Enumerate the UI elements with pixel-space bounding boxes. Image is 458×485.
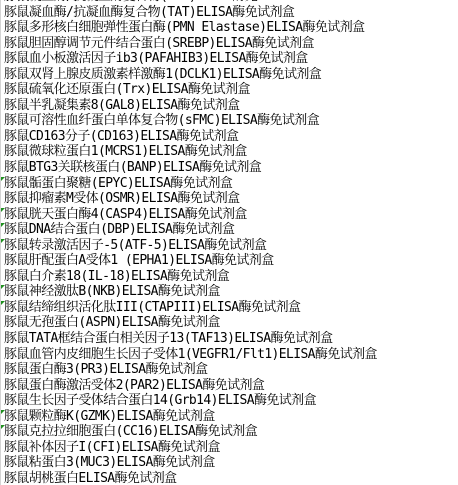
- error-indicator-icon[interactable]: [1, 239, 5, 243]
- cell-text: 豚鼠BTG3关联核蛋白(BANP)ELISA酶免试剂盒: [4, 160, 261, 175]
- cell-row-30[interactable]: 豚鼠粘蛋白3(MUC3)ELISA酶免试剂盒: [0, 455, 458, 471]
- cell-row-12[interactable]: 豚鼠骺蛋白聚糖(EPYC)ELISA酶免试剂盒: [0, 176, 458, 192]
- cell-row-14[interactable]: 豚鼠胱天蛋白酶4(CASP4)ELISA酶免试剂盒: [0, 207, 458, 223]
- cell-text: 豚鼠神经激肽B(NKB)ELISA酶免试剂盒: [4, 284, 220, 299]
- cell-text: 豚鼠凝血酶/抗凝血酶复合物(TAT)ELISA酶免试剂盒: [4, 5, 294, 20]
- cell-row-21[interactable]: 豚鼠无孢蛋白(ASPN)ELISA酶免试剂盒: [0, 315, 458, 331]
- spreadsheet-column: 豚鼠凝血酶/抗凝血酶复合物(TAT)ELISA酶免 豚鼠凝血酶/抗凝血酶复合物(…: [0, 0, 458, 485]
- cell-row-2[interactable]: 豚鼠多形核白细胞弹性蛋白酶(PMN Elastase)ELISA酶免试剂盒: [0, 20, 458, 36]
- cell-text: 豚鼠蛋白酶激活受体2(PAR2)ELISA酶免试剂盒: [4, 378, 264, 393]
- cell-row-15[interactable]: 豚鼠DNA结合蛋白(DBP)ELISA酶免试剂盒: [0, 222, 458, 238]
- cell-row-19[interactable]: 豚鼠神经激肽B(NKB)ELISA酶免试剂盒: [0, 284, 458, 300]
- cell-row-27[interactable]: 豚鼠颗粒酶K(GZMK)ELISA酶免试剂盒: [0, 409, 458, 425]
- cell-text: 豚鼠CD163分子(CD163)ELISA酶免试剂盒: [4, 129, 238, 144]
- cell-row-29[interactable]: 豚鼠补体因子I(CFI)ELISA酶免试剂盒: [0, 440, 458, 456]
- cell-row-31[interactable]: 豚鼠胡桃蛋白ELISA酶免试剂盒: [0, 471, 458, 485]
- cell-text: 豚鼠生长因子受体结合蛋白14(Grb14)ELISA酶免试剂盒: [4, 393, 316, 408]
- cell-text: 豚鼠肝配蛋白A受体1 (EPHA1)ELISA酶免试剂盒: [4, 253, 274, 268]
- cell-text: 豚鼠补体因子I(CFI)ELISA酶免试剂盒: [4, 440, 220, 455]
- cell-row-6[interactable]: 豚鼠硫氧化还原蛋白(Trx)ELISA酶免试剂盒: [0, 82, 458, 98]
- cell-row-13[interactable]: 豚鼠抑瘤素M受体(OSMR)ELISA酶免试剂盒: [0, 191, 458, 207]
- cell-text: 豚鼠蛋白酶3(PR3)ELISA酶免试剂盒: [4, 362, 208, 377]
- cell-text: 豚鼠血小板激活因子ib3(PAFAHIB3)ELISA酶免试剂盒: [4, 51, 308, 66]
- cell-text: 豚鼠胆固醇调节元件结合蛋白(SREBP)ELISA酶免试剂盒: [4, 36, 314, 51]
- cell-row-10[interactable]: 豚鼠微球粒蛋白1(MCRS1)ELISA酶免试剂盒: [0, 144, 458, 160]
- cell-row-9[interactable]: 豚鼠CD163分子(CD163)ELISA酶免试剂盒: [0, 129, 458, 145]
- cell-text: 豚鼠白介素18(IL-18)ELISA酶免试剂盒: [4, 269, 229, 284]
- cell-row-7[interactable]: 豚鼠半乳凝集素8(GAL8)ELISA酶免试剂盒: [0, 98, 458, 114]
- cell-text: 豚鼠克拉拉细胞蛋白(CC16)ELISA酶免试剂盒: [4, 424, 257, 439]
- cell-row-28[interactable]: 豚鼠克拉拉细胞蛋白(CC16)ELISA酶免试剂盒: [0, 424, 458, 440]
- cell-row-16[interactable]: 豚鼠转录激活因子-5(ATF-5)ELISA酶免试剂盒: [0, 238, 458, 254]
- cell-text: 豚鼠结缔组织活化肽III(CTAPIII)ELISA酶免试剂盒: [4, 300, 300, 315]
- cell-text: 豚鼠多形核白细胞弹性蛋白酶(PMN Elastase)ELISA酶免试剂盒: [4, 20, 365, 35]
- cell-text: 豚鼠粘蛋白3(MUC3)ELISA酶免试剂盒: [4, 455, 215, 470]
- cell-text: 豚鼠抑瘤素M受体(OSMR)ELISA酶免试剂盒: [4, 191, 240, 206]
- cell-text: 豚鼠骺蛋白聚糖(EPYC)ELISA酶免试剂盒: [4, 176, 232, 191]
- cell-row-5[interactable]: 豚鼠双肾上腺皮质激素样激酶1(DCLK1)ELISA酶免试剂盒: [0, 67, 458, 83]
- error-indicator-icon[interactable]: [1, 223, 5, 227]
- cell-row-11[interactable]: 豚鼠BTG3关联核蛋白(BANP)ELISA酶免试剂盒: [0, 160, 458, 176]
- error-indicator-icon[interactable]: [1, 301, 5, 305]
- error-indicator-icon[interactable]: [1, 177, 5, 181]
- cell-text: 豚鼠半乳凝集素8(GAL8)ELISA酶免试剂盒: [4, 98, 240, 113]
- cell-text: 豚鼠双肾上腺皮质激素样激酶1(DCLK1)ELISA酶免试剂盒: [4, 67, 321, 82]
- cell-text: 豚鼠硫氧化还原蛋白(Trx)ELISA酶免试剂盒: [4, 82, 250, 97]
- cell-row-8[interactable]: 豚鼠可溶性血纤蛋白单体复合物(sFMC)ELISA酶免试剂盒: [0, 113, 458, 129]
- cell-row-20[interactable]: 豚鼠结缔组织活化肽III(CTAPIII)ELISA酶免试剂盒: [0, 300, 458, 316]
- cell-row-25[interactable]: 豚鼠蛋白酶激活受体2(PAR2)ELISA酶免试剂盒: [0, 378, 458, 394]
- cell-row-1[interactable]: 豚鼠凝血酶/抗凝血酶复合物(TAT)ELISA酶免试剂盒: [0, 5, 458, 21]
- cell-text: 豚鼠颗粒酶K(GZMK)ELISA酶免试剂盒: [4, 409, 215, 424]
- error-indicator-icon[interactable]: [1, 410, 5, 414]
- error-indicator-icon[interactable]: [1, 285, 5, 289]
- cell-text: 豚鼠无孢蛋白(ASPN)ELISA酶免试剂盒: [4, 315, 220, 330]
- error-indicator-icon[interactable]: [1, 208, 5, 212]
- cell-row-22[interactable]: 豚鼠TATA框结合蛋白相关因子13(TAF13)ELISA酶免试剂盒: [0, 331, 458, 347]
- cell-text: 豚鼠血管内皮细胞生长因子受体1(VEGFR1/Flt1)ELISA酶免试剂盒: [4, 347, 377, 362]
- cell-text: 豚鼠转录激活因子-5(ATF-5)ELISA酶免试剂盒: [4, 238, 266, 253]
- cell-text: 豚鼠胱天蛋白酶4(CASP4)ELISA酶免试剂盒: [4, 207, 247, 222]
- cell-row-23[interactable]: 豚鼠血管内皮细胞生长因子受体1(VEGFR1/Flt1)ELISA酶免试剂盒: [0, 347, 458, 363]
- cell-row-24[interactable]: 豚鼠蛋白酶3(PR3)ELISA酶免试剂盒: [0, 362, 458, 378]
- cell-text: 豚鼠凝血酶/抗凝血酶复合物(TAT)ELISA酶免: [4, 0, 257, 4]
- cell-text: 豚鼠微球粒蛋白1(MCRS1)ELISA酶免试剂盒: [4, 144, 247, 159]
- error-indicator-icon[interactable]: [1, 425, 5, 429]
- cell-text: 豚鼠DNA结合蛋白(DBP)ELISA酶免试剂盒: [4, 222, 234, 237]
- cell-row-17[interactable]: 豚鼠肝配蛋白A受体1 (EPHA1)ELISA酶免试剂盒: [0, 253, 458, 269]
- cell-text: 豚鼠可溶性血纤蛋白单体复合物(sFMC)ELISA酶免试剂盒: [4, 113, 319, 128]
- cell-row-4[interactable]: 豚鼠血小板激活因子ib3(PAFAHIB3)ELISA酶免试剂盒: [0, 51, 458, 67]
- cell-text: 豚鼠TATA框结合蛋白相关因子13(TAF13)ELISA酶免试剂盒: [4, 331, 332, 346]
- cell-row-18[interactable]: 豚鼠白介素18(IL-18)ELISA酶免试剂盒: [0, 269, 458, 285]
- cell-row-26[interactable]: 豚鼠生长因子受体结合蛋白14(Grb14)ELISA酶免试剂盒: [0, 393, 458, 409]
- cell-text: 豚鼠胡桃蛋白ELISA酶免试剂盒: [4, 471, 177, 485]
- cell-row-3[interactable]: 豚鼠胆固醇调节元件结合蛋白(SREBP)ELISA酶免试剂盒: [0, 36, 458, 52]
